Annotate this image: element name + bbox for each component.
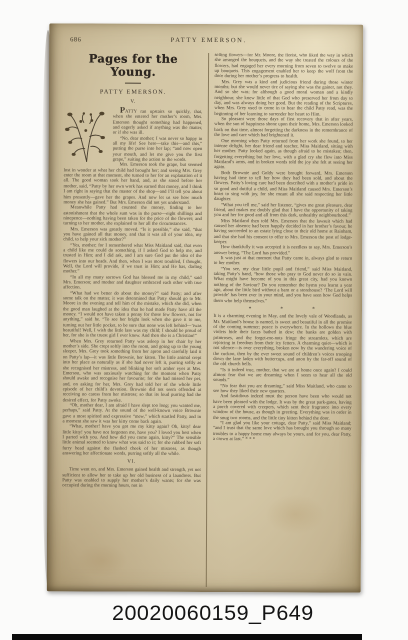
paragraph: “Oh, mother dear, I am afraid I have sle… — [62, 403, 201, 425]
paragraph: “No fear that you are dreaming,” said Mi… — [213, 384, 352, 395]
floral-engraving — [64, 108, 110, 163]
paragraph: Miss Maitland then told Mrs. Emerson tha… — [214, 219, 353, 246]
story-title: PATTY EMERSON. — [64, 88, 203, 96]
chapter-number-vi: VI. — [62, 459, 201, 466]
book-page: 686 PATTY EMERSON. Pages for the Young. … — [47, 23, 363, 592]
left-column: Pages for the Young. PATTY EMERSON. V. — [62, 52, 209, 587]
paragraph: Time went on, and Mrs. Emerson gained he… — [62, 468, 201, 490]
page-header: 686 PATTY EMERSON. — [64, 36, 353, 49]
paragraph: “Is it indeed true, mother, that we are … — [213, 368, 352, 385]
scale-bar — [12, 634, 362, 640]
section-heading: Pages for the Young. — [64, 52, 203, 79]
paragraph: “In all my many sorrows God has blessed … — [63, 275, 202, 292]
paragraph: How thankfully it was accepted it is nee… — [214, 245, 353, 256]
paragraph: “What, mother! have you got me my kitty … — [62, 425, 201, 458]
paragraph: Mrs. Grey was a kind and judicious frien… — [214, 80, 353, 118]
paragraph: Mrs. Emerson was greatly moved. “Is it p… — [63, 227, 202, 244]
paragraph: “Yes, mother; for I remembered what Miss… — [63, 243, 202, 276]
paragraph: One morning when Patty returned from her… — [214, 139, 353, 172]
text-columns: Pages for the Young. PATTY EMERSON. V. — [62, 52, 353, 587]
asterisk-separator: * * * — [213, 305, 352, 314]
paragraph: “You see, my dear little pupil and frien… — [214, 267, 353, 305]
paragraph: And fastidious indeed must the person ha… — [213, 394, 352, 421]
paragraph: When Mrs. Grey returned Patty was asleep… — [63, 339, 202, 404]
paragraph: Meanwhile Patty had counted the money, f… — [63, 206, 202, 228]
paragraph: Mrs. Emerson took the grape, but seemed … — [63, 163, 202, 206]
archive-id-label: 20020060159_P649 — [112, 601, 314, 626]
paragraph: selling flowers—for Mr. Moore, the flori… — [214, 53, 353, 80]
chapter-number-v: V. — [64, 98, 203, 105]
running-head: PATTY EMERSON. — [64, 36, 353, 44]
paragraph: “What you tell me,” said her listener, “… — [214, 203, 353, 220]
paragraph: It is a charming evening in May, and the… — [213, 314, 352, 368]
paragraph: Both Brownie and Goldy were brought forw… — [214, 171, 353, 204]
paragraph: “I am glad you like your cottage, dear P… — [213, 421, 352, 443]
paragraph: It was just at that moment that Patty ca… — [214, 256, 353, 267]
page-content: 686 PATTY EMERSON. Pages for the Young. … — [47, 23, 363, 587]
paragraph: “What had we better do about the money?”… — [63, 291, 202, 340]
heading-rule — [125, 83, 141, 84]
paragraph: So pleasant were those days of first rec… — [214, 117, 353, 139]
right-column: selling flowers—for Mr. Moore, the flori… — [206, 53, 353, 588]
